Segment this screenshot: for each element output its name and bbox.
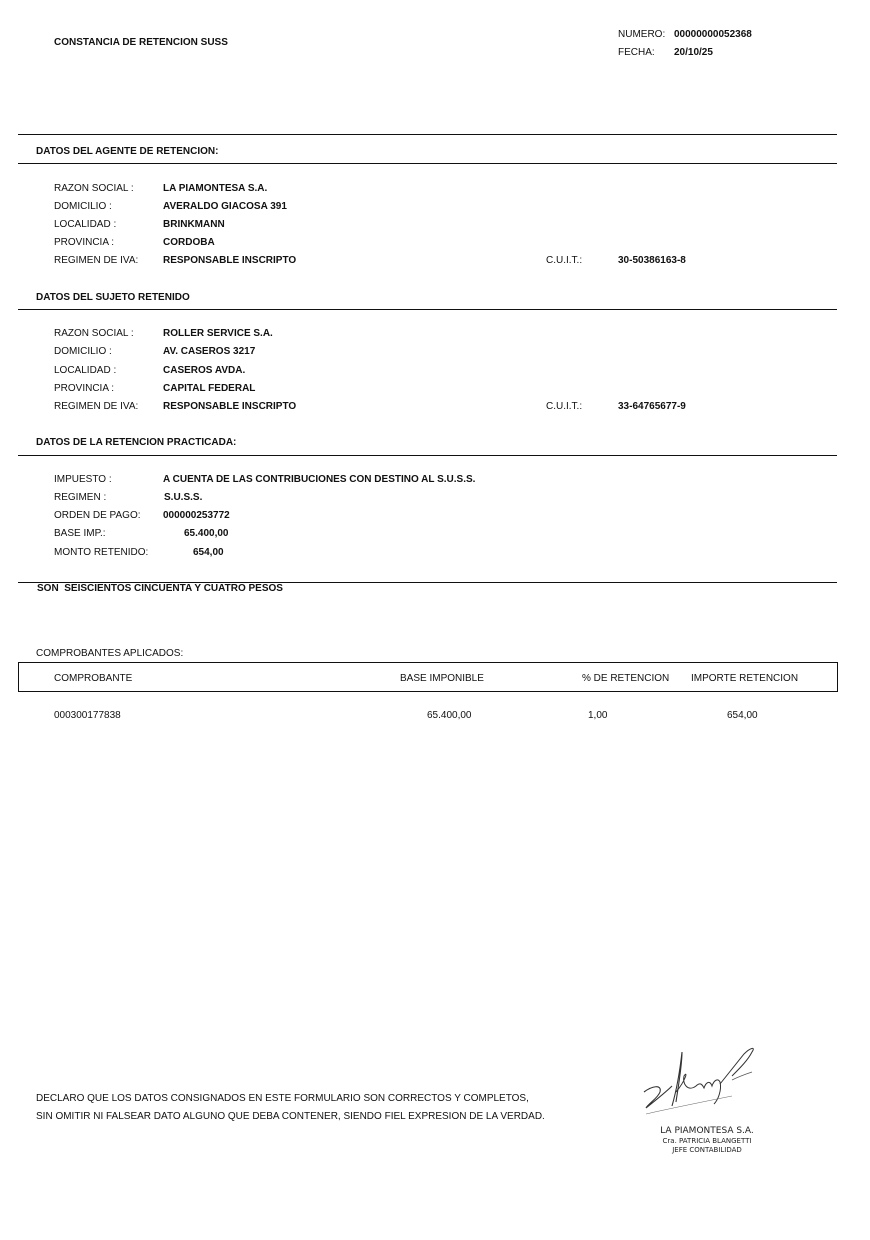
cuit-label: C.U.I.T.: — [546, 401, 582, 412]
declaration-line-1: DECLARO QUE LOS DATOS CONSIGNADOS EN EST… — [36, 1093, 529, 1104]
impuesto-value: A CUENTA DE LAS CONTRIBUCIONES CON DESTI… — [163, 474, 475, 485]
signature-stamp: LA PIAMONTESA S.A. Cra. PATRICIA BLANGET… — [632, 1040, 782, 1160]
field-label: RAZON SOCIAL : — [54, 183, 134, 194]
agente-razon-social: LA PIAMONTESA S.A. — [163, 183, 267, 194]
agente-provincia: CORDOBA — [163, 237, 215, 248]
field-label: DOMICILIO : — [54, 346, 112, 357]
stamp-name: Cra. PATRICIA BLANGETTI — [632, 1137, 782, 1145]
numero-label: NUMERO: — [618, 29, 665, 40]
field-label: REGIMEN DE IVA: — [54, 401, 138, 412]
column-header-porcentaje: % DE RETENCION — [582, 673, 669, 684]
cuit-label: C.U.I.T.: — [546, 255, 582, 266]
stamp-company: LA PIAMONTESA S.A. — [632, 1126, 782, 1136]
document-title: CONSTANCIA DE RETENCION SUSS — [54, 37, 228, 48]
base-imp-label: BASE IMP.: — [54, 528, 106, 539]
sujeto-regimen-iva: RESPONSABLE INSCRIPTO — [163, 401, 296, 412]
agente-localidad: BRINKMANN — [163, 219, 225, 230]
divider — [18, 309, 837, 310]
cell-comprobante: 000300177838 — [54, 710, 121, 721]
comprobantes-table-header: COMPROBANTE BASE IMPONIBLE % DE RETENCIO… — [18, 662, 838, 692]
field-label: RAZON SOCIAL : — [54, 328, 134, 339]
fecha-label: FECHA: — [618, 47, 655, 58]
agente-section-title: DATOS DEL AGENTE DE RETENCION: — [36, 146, 218, 157]
fecha-value: 20/10/25 — [674, 47, 713, 58]
orden-pago-label: ORDEN DE PAGO: — [54, 510, 141, 521]
sujeto-cuit: 33-64765677-9 — [618, 401, 686, 412]
monto-retenido-value: 654,00 — [193, 547, 224, 558]
field-label: DOMICILIO : — [54, 201, 112, 212]
monto-retenido-label: MONTO RETENIDO: — [54, 547, 148, 558]
column-header-importe: IMPORTE RETENCION — [691, 673, 798, 684]
field-label: PROVINCIA : — [54, 237, 114, 248]
agente-cuit: 30-50386163-8 — [618, 255, 686, 266]
cell-importe: 654,00 — [727, 710, 758, 721]
cell-porcentaje: 1,00 — [588, 710, 607, 721]
field-label: LOCALIDAD : — [54, 219, 116, 230]
agente-regimen-iva: RESPONSABLE INSCRIPTO — [163, 255, 296, 266]
sujeto-section-title: DATOS DEL SUJETO RETENIDO — [36, 292, 190, 303]
regimen-label: REGIMEN : — [54, 492, 106, 503]
agente-domicilio: AVERALDO GIACOSA 391 — [163, 201, 287, 212]
orden-pago-value: 000000253772 — [163, 510, 230, 521]
field-label: LOCALIDAD : — [54, 365, 116, 376]
impuesto-label: IMPUESTO : — [54, 474, 112, 485]
sujeto-razon-social: ROLLER SERVICE S.A. — [163, 328, 273, 339]
numero-value: 00000000052368 — [674, 29, 752, 40]
divider — [18, 455, 837, 456]
column-header-comprobante: COMPROBANTE — [54, 673, 132, 684]
divider — [18, 134, 837, 135]
regimen-value: S.U.S.S. — [164, 492, 202, 503]
sujeto-provincia: CAPITAL FEDERAL — [163, 383, 255, 394]
field-label: REGIMEN DE IVA: — [54, 255, 138, 266]
stamp-role: JEFE CONTABILIDAD — [632, 1146, 782, 1154]
cell-base-imponible: 65.400,00 — [427, 710, 472, 721]
comprobantes-title: COMPROBANTES APLICADOS: — [36, 648, 183, 659]
amount-in-words: SON SEISCIENTOS CINCUENTA Y CUATRO PESOS — [37, 583, 283, 594]
base-imp-value: 65.400,00 — [184, 528, 229, 539]
column-header-base-imponible: BASE IMPONIBLE — [400, 673, 484, 684]
retencion-section-title: DATOS DE LA RETENCION PRACTICADA: — [36, 437, 236, 448]
field-label: PROVINCIA : — [54, 383, 114, 394]
declaration-line-2: SIN OMITIR NI FALSEAR DATO ALGUNO QUE DE… — [36, 1111, 545, 1122]
divider — [18, 163, 837, 164]
sujeto-localidad: CASEROS AVDA. — [163, 365, 245, 376]
sujeto-domicilio: AV. CASEROS 3217 — [163, 346, 255, 357]
signature-icon — [632, 1040, 782, 1120]
